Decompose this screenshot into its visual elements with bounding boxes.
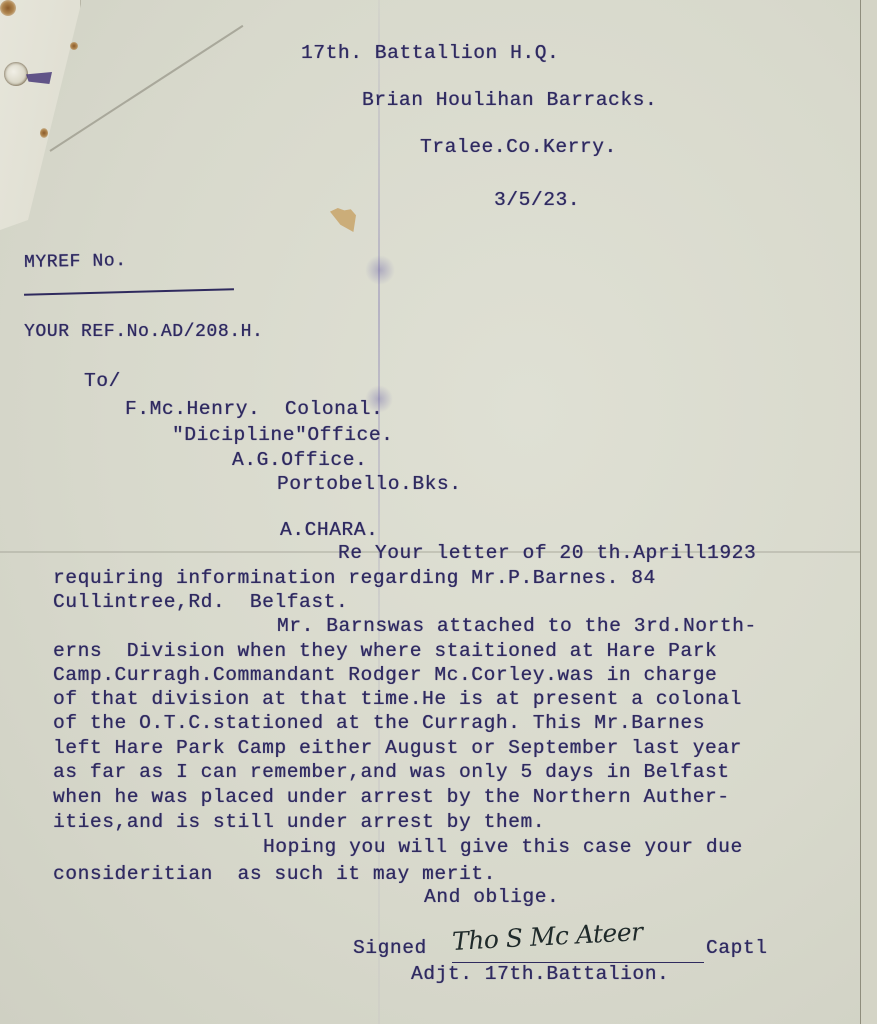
signatory-rank: Captl: [706, 937, 768, 959]
recipient-barracks: Portobello.Bks.: [277, 473, 462, 495]
rust-spot: [70, 42, 78, 50]
ink-smudge: [365, 255, 395, 285]
recipient-ag-office: A.G.Office.: [232, 449, 367, 471]
body-line-1: Re Your letter of 20 th.Aprill1923: [338, 542, 756, 564]
body-line-10: as far as I can remember,and was only 5 …: [53, 761, 730, 783]
salutation: A.CHARA.: [280, 519, 378, 541]
my-ref: MYREF No.: [24, 251, 127, 273]
body-line-2: requiring informination regarding Mr.P.B…: [53, 567, 656, 589]
body-line-13: Hoping you will give this case your due: [263, 836, 743, 858]
rust-spot: [0, 0, 16, 16]
body-line-11: when he was placed under arrest by the N…: [53, 786, 730, 808]
closing-oblige: And oblige.: [424, 886, 559, 908]
body-line-9: left Hare Park Camp either August or Sep…: [53, 737, 742, 759]
letter-date: 3/5/23.: [494, 189, 580, 211]
stain: [330, 208, 356, 232]
rust-spot: [40, 128, 48, 138]
punch-hole: [4, 62, 28, 86]
crease-line: [49, 25, 243, 152]
body-line-6: Camp.Curragh.Commandant Rodger Mc.Corley…: [53, 664, 717, 686]
letterhead-location: Tralee.Co.Kerry.: [420, 136, 617, 158]
letterhead-barracks: Brian Houlihan Barracks.: [362, 89, 657, 111]
signatory-title: Adjt. 17th.Battalion.: [411, 963, 669, 985]
your-ref: YOUR REF.No.AD/208.H.: [24, 322, 263, 342]
letter-page: 17th. Battallion H.Q. Brian Houlihan Bar…: [0, 0, 877, 1024]
underlying-page-edge: [860, 0, 877, 1024]
body-line-12: ities,and is still under arrest by them.: [53, 811, 545, 833]
signed-label: Signed: [353, 937, 427, 959]
body-line-5: erns Division when they where staitioned…: [53, 640, 717, 662]
ref-divider: [24, 288, 234, 295]
body-line-4: Mr. Barnswas attached to the 3rd.North-: [277, 615, 757, 637]
body-line-14: consideritian as such it may merit.: [53, 863, 496, 885]
body-line-3: Cullintree,Rd. Belfast.: [53, 591, 348, 613]
recipient-office: "Dicipline"Office.: [172, 424, 393, 446]
body-line-7: of that division at that time.He is at p…: [53, 688, 742, 710]
letterhead-unit: 17th. Battallion H.Q.: [301, 42, 559, 64]
body-line-8: of the O.T.C.stationed at the Curragh. T…: [53, 712, 705, 734]
to-label: To/: [84, 370, 121, 392]
recipient-name: F.Mc.Henry. Colonal.: [125, 398, 383, 420]
folded-corner: [0, 0, 81, 230]
handwritten-signature: Tho S Mc Ateer: [451, 917, 643, 956]
